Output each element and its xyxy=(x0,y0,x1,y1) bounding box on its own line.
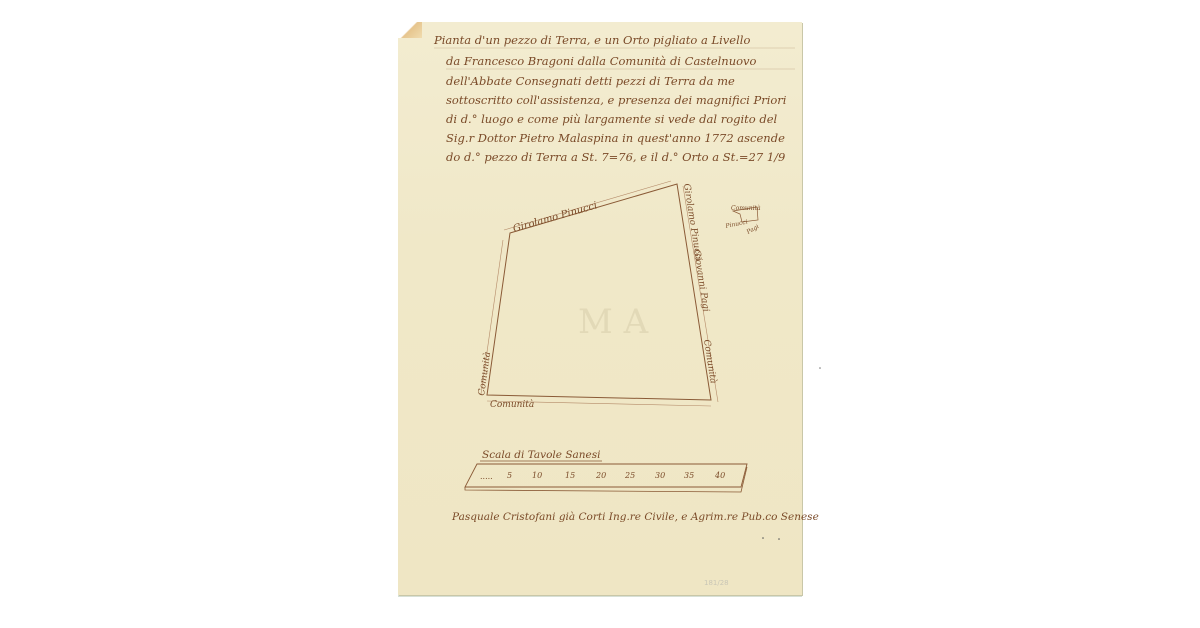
scale-tick-25: 25 xyxy=(624,471,635,480)
stray-mark xyxy=(819,367,821,369)
orto-sketch: Comunità Pinucci Pagi xyxy=(724,205,761,236)
surveyor-signature: Pasquale Cristofani già Corti Ing.re Civ… xyxy=(451,511,819,523)
orto-label-pinucci: Pinucci xyxy=(724,218,748,230)
header-line-6: Sig.r Dottor Pietro Malaspina in quest'a… xyxy=(446,131,785,145)
header-text-block: Pianta d'un pezzo di Terra, e un Orto pi… xyxy=(433,33,795,164)
scale-dots: ..... xyxy=(480,472,493,481)
boundary-label-left: Comunità xyxy=(476,351,493,396)
header-line-5: di d.° luogo e come più largamente si ve… xyxy=(446,112,778,126)
boundary-label-top: Girolamo Pinucci xyxy=(512,200,599,235)
scale-tick-15: 15 xyxy=(565,471,575,480)
manuscript-drawing: Pianta d'un pezzo di Terra, e un Orto pi… xyxy=(0,0,1200,628)
scale-tick-40: 40 xyxy=(714,471,725,480)
scale-bar: Scala di Tavole Sanesi ..... 5 10 15 20 … xyxy=(465,449,747,492)
boundary-label-right-middle: Giovanni Pagi xyxy=(691,249,711,313)
stray-mark xyxy=(762,537,764,539)
scale-tick-10: 10 xyxy=(532,471,542,480)
scale-tick-5: 5 xyxy=(507,471,512,480)
header-line-1: Pianta d'un pezzo di Terra, e un Orto pi… xyxy=(433,33,750,47)
scale-tick-30: 30 xyxy=(655,471,665,480)
archive-stamp: 181/28 xyxy=(704,579,729,587)
orto-label-comunita: Comunità xyxy=(731,205,761,212)
boundary-label-bottom: Comunità xyxy=(490,399,534,410)
land-plot-polygon xyxy=(481,181,718,406)
scale-tick-35: 35 xyxy=(684,471,694,480)
header-line-2: da Francesco Bragoni dalla Comunità di C… xyxy=(446,54,757,68)
scale-title: Scala di Tavole Sanesi xyxy=(482,449,601,461)
header-line-3: dell'Abbate Consegnati detti pezzi di Te… xyxy=(446,74,735,88)
stray-mark xyxy=(778,538,780,540)
header-line-7: do d.° pezzo di Terra a St. 7=76, e il d… xyxy=(446,150,785,164)
header-line-4: sottoscritto coll'assistenza, e presenza… xyxy=(446,93,787,107)
paper-watermark: M A xyxy=(578,302,649,342)
boundary-label-right-lower: Comunità xyxy=(701,339,719,384)
scale-tick-20: 20 xyxy=(595,471,606,480)
